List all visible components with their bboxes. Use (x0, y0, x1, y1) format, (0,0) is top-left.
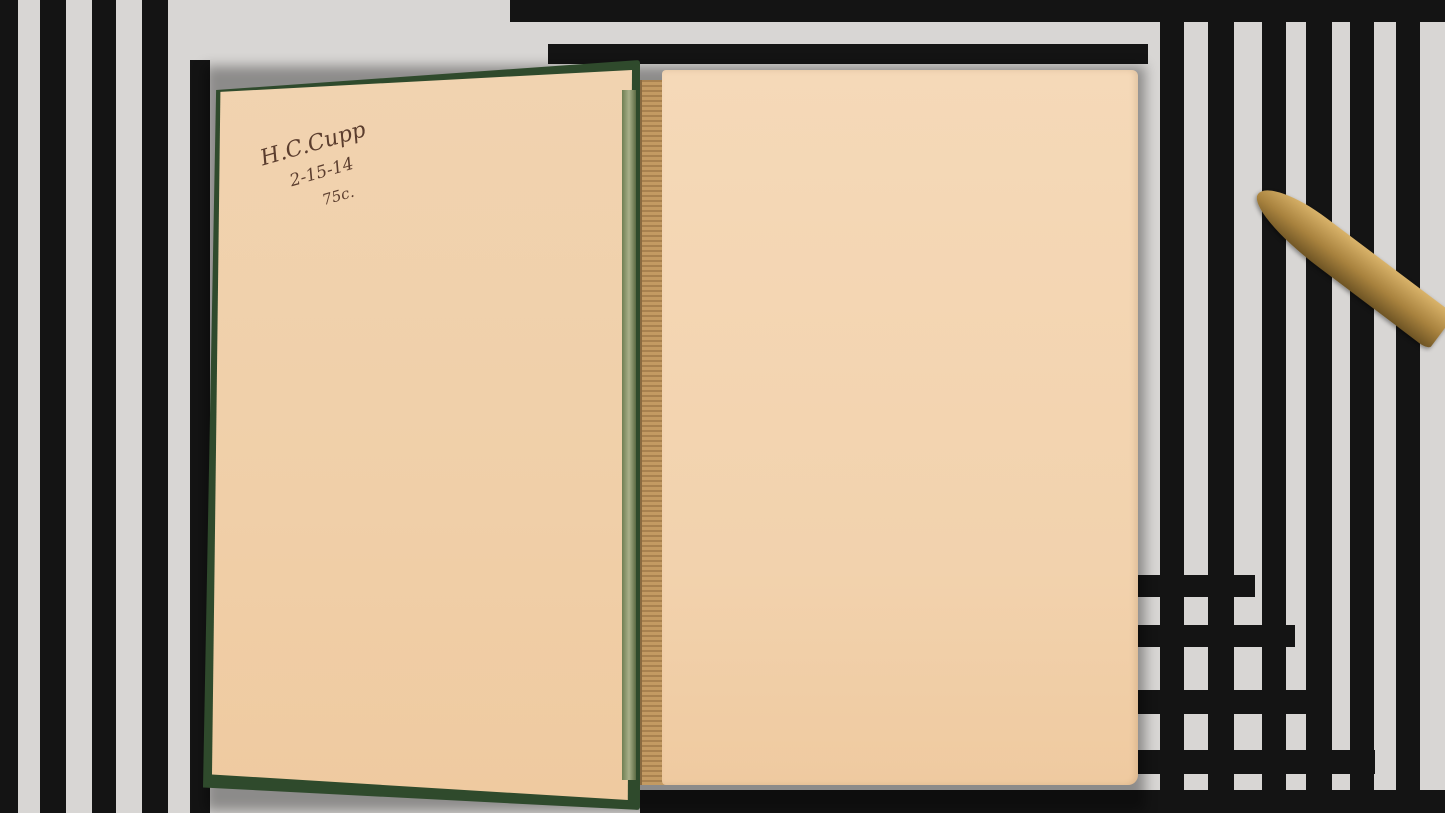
cloth-hinge (622, 90, 636, 780)
photo-scene: H.C.Cupp 2-15-14 75c. (0, 0, 1445, 813)
price: 75c. (320, 183, 356, 209)
free-endpaper (662, 70, 1138, 785)
